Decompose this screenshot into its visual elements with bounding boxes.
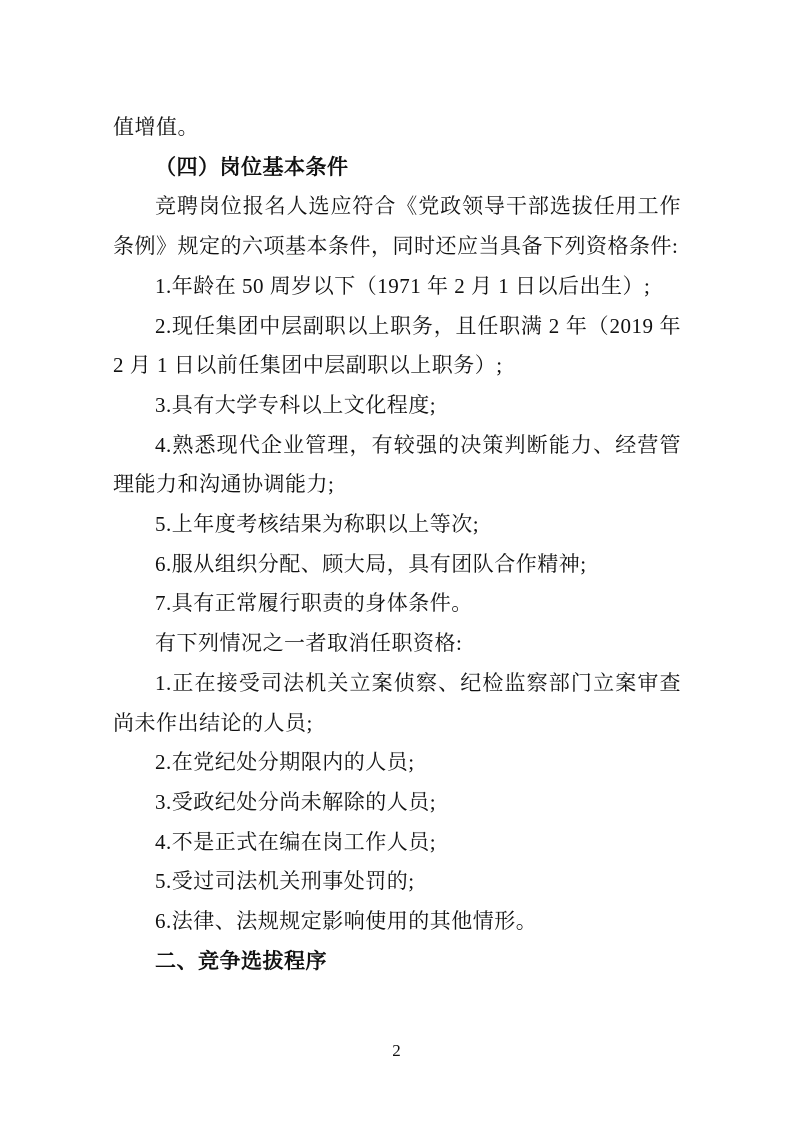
document-page: 值增值。 （四）岗位基本条件 竞聘岗位报名人选应符合《党政领导干部选拔任用工作条…: [0, 0, 793, 1122]
list-item-qualification-5: 5.上年度考核结果为称职以上等次;: [113, 505, 681, 545]
page-number: 2: [0, 1040, 793, 1062]
list-item-qualification-7: 7.具有正常履行职责的身体条件。: [113, 584, 681, 624]
list-item-qualification-6: 6.服从组织分配、顾大局，具有团队合作精神;: [113, 545, 681, 585]
list-item-disqualification-1: 1.正在接受司法机关立案侦察、纪检监察部门立案审查尚未作出结论的人员;: [113, 664, 681, 743]
paragraph-qualification-intro: 竞聘岗位报名人选应符合《党政领导干部选拔任用工作条例》规定的六项基本条件，同时还…: [113, 187, 681, 266]
list-item-qualification-4: 4.熟悉现代企业管理，有较强的决策判断能力、经营管理能力和沟通协调能力;: [113, 426, 681, 505]
document-body: 值增值。 （四）岗位基本条件 竞聘岗位报名人选应符合《党政领导干部选拔任用工作条…: [113, 108, 681, 981]
list-item-disqualification-3: 3.受政纪处分尚未解除的人员;: [113, 783, 681, 823]
heading-section-4-job-basic-conditions: （四）岗位基本条件: [113, 148, 681, 188]
paragraph-continuation: 值增值。: [113, 108, 681, 148]
list-item-disqualification-4: 4.不是正式在编在岗工作人员;: [113, 823, 681, 863]
list-item-disqualification-6: 6.法律、法规规定影响使用的其他情形。: [113, 902, 681, 942]
heading-section-2-selection-procedure: 二、竞争选拔程序: [113, 942, 681, 982]
list-item-qualification-2: 2.现任集团中层副职以上职务，且任职满 2 年（2019 年 2 月 1 日以前…: [113, 307, 681, 386]
list-item-disqualification-2: 2.在党纪处分期限内的人员;: [113, 743, 681, 783]
list-item-qualification-3: 3.具有大学专科以上文化程度;: [113, 386, 681, 426]
list-item-qualification-1: 1.年龄在 50 周岁以下（1971 年 2 月 1 日以后出生）;: [113, 267, 681, 307]
paragraph-disqualification-intro: 有下列情况之一者取消任职资格:: [113, 624, 681, 664]
list-item-disqualification-5: 5.受过司法机关刑事处罚的;: [113, 862, 681, 902]
